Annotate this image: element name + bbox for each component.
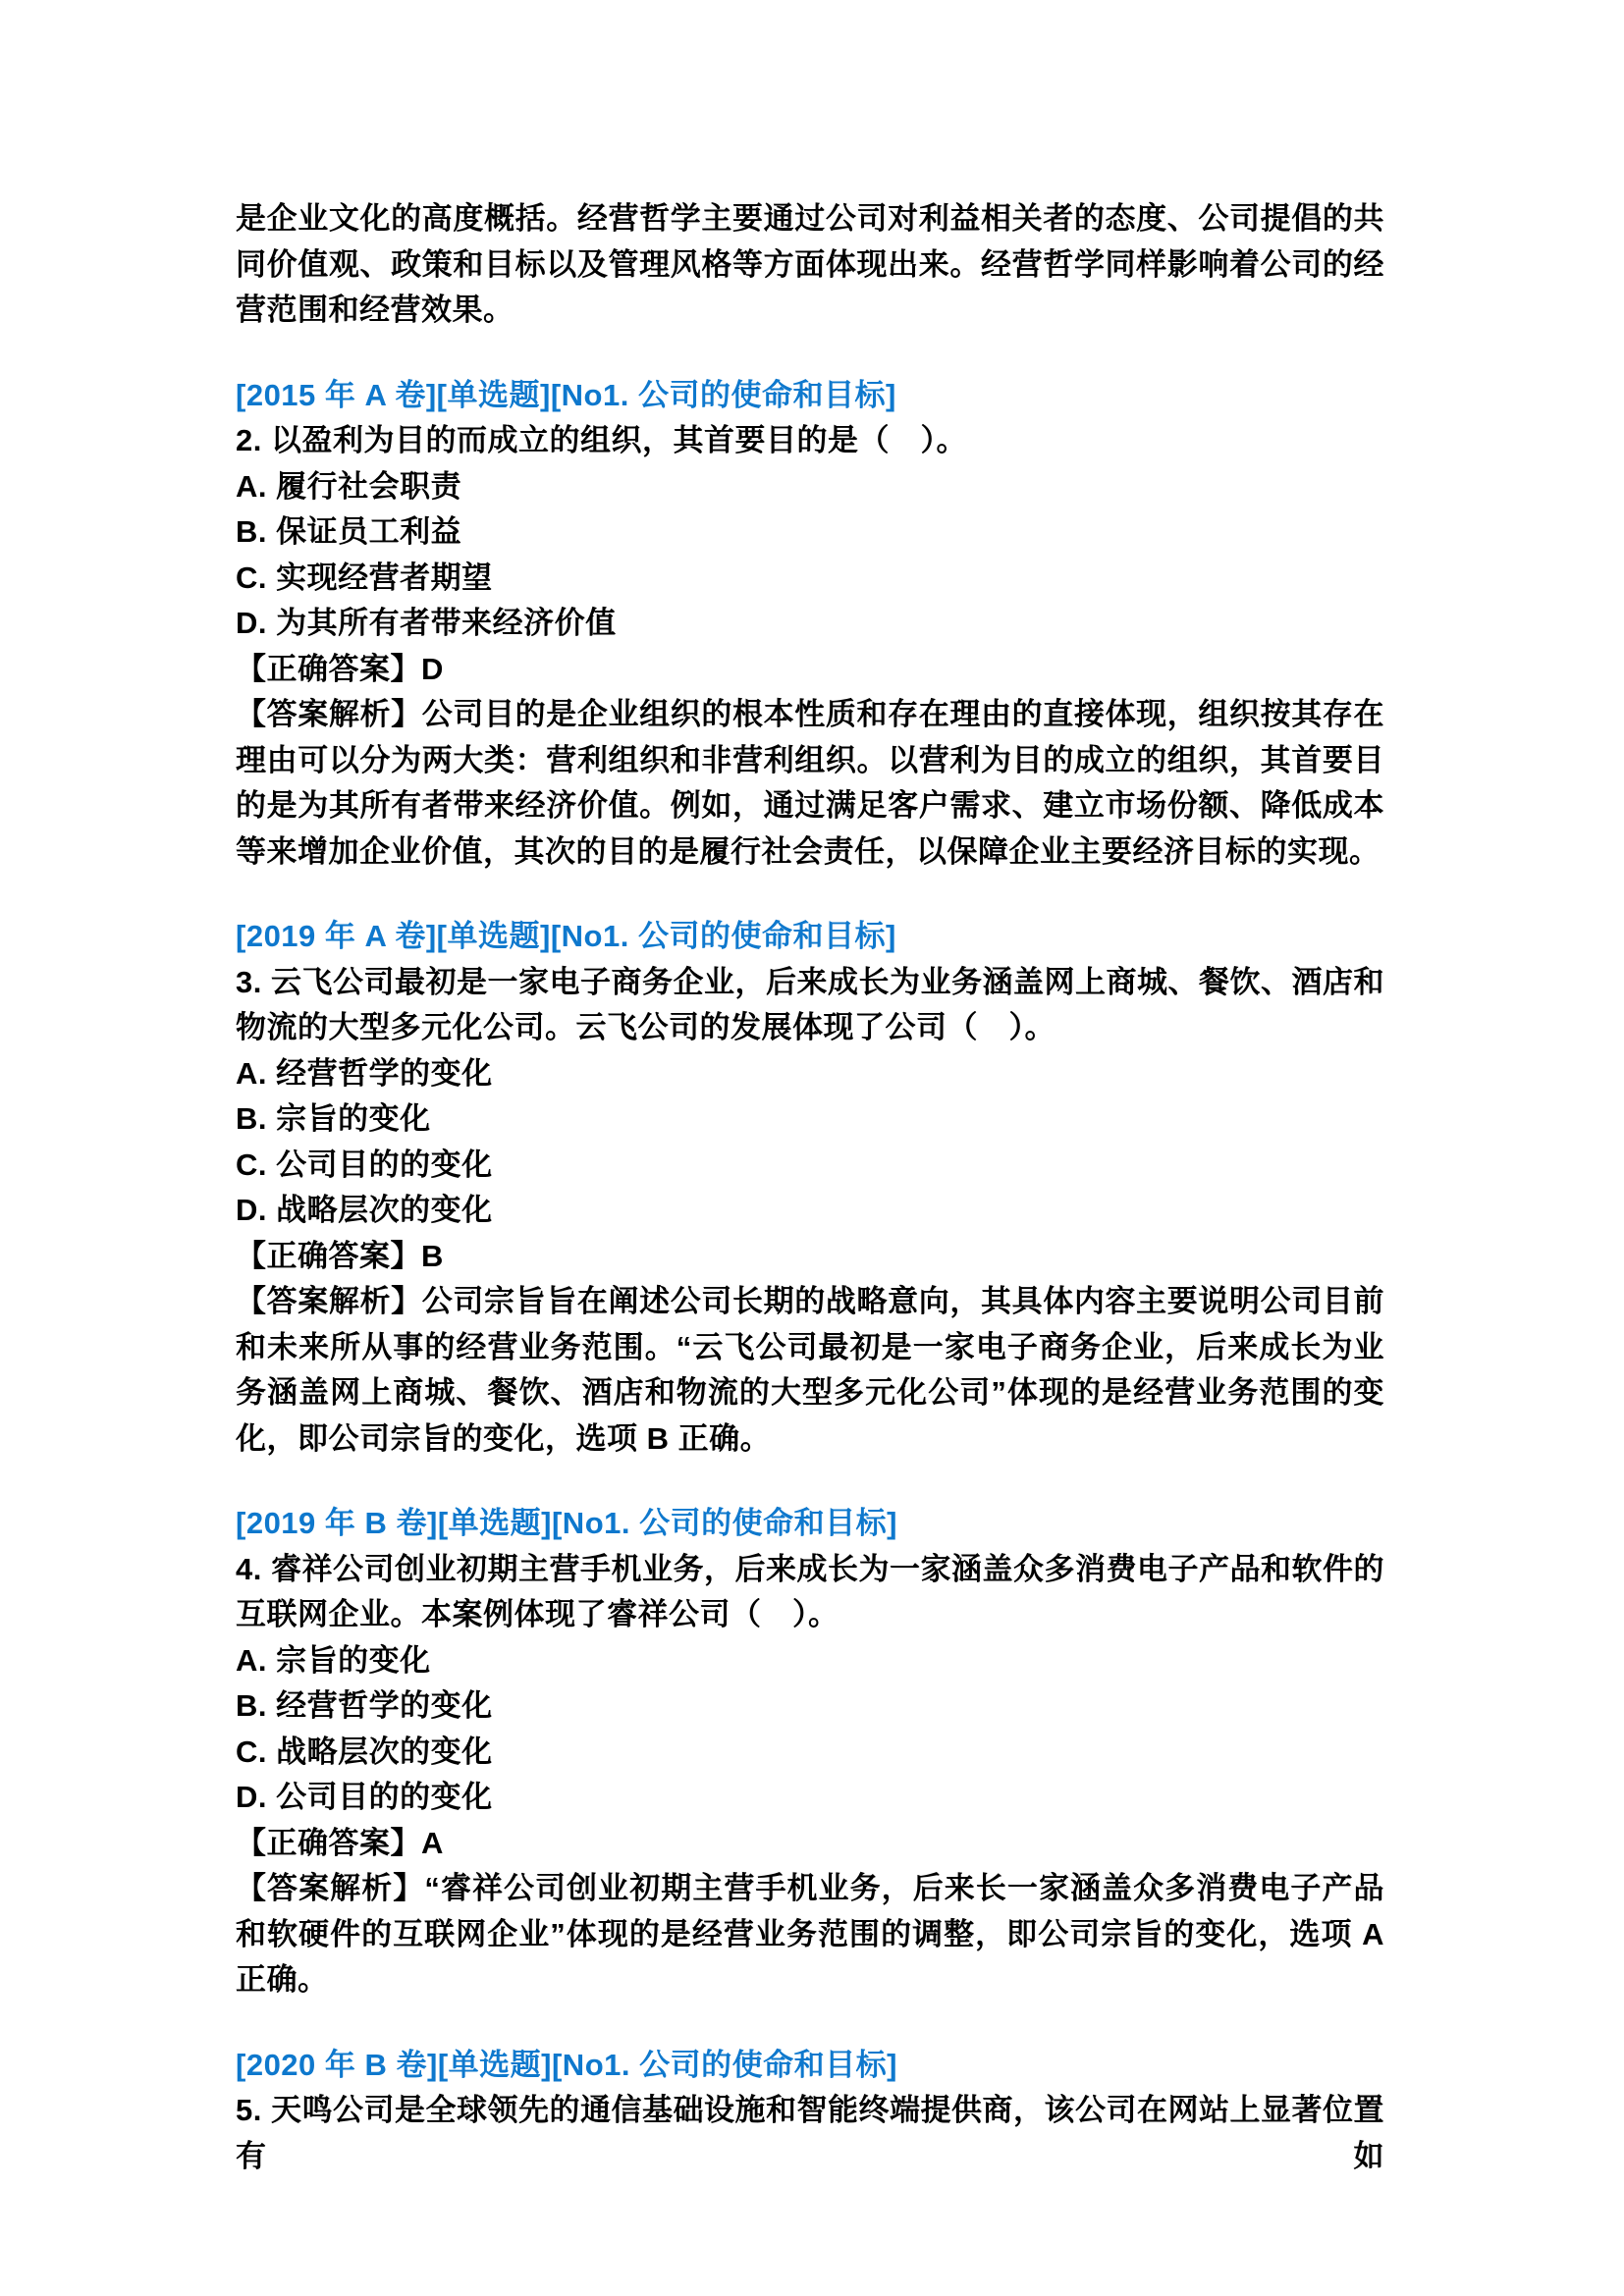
question-text: 4. 睿祥公司创业初期主营手机业务，后来成长为一家涵盖众多消费电子产品和软件的互…	[236, 1547, 1384, 1638]
question-block-2020-b: [2020 年 B 卷][单选题][No1. 公司的使命和目标] 5. 天鸣公司…	[236, 2043, 1384, 2180]
exam-tag-heading: [2015 年 A 卷][单选题][No1. 公司的使命和目标]	[236, 373, 1384, 419]
intro-paragraph: 是企业文化的高度概括。经营哲学主要通过公司对利益相关者的态度、公司提倡的共同价值…	[236, 196, 1384, 334]
correct-answer-line: 【正确答案】A	[236, 1821, 1384, 1867]
question-block-2015-a: [2015 年 A 卷][单选题][No1. 公司的使命和目标] 2. 以盈利为…	[236, 373, 1384, 876]
option-b: B. 经营哲学的变化	[236, 1683, 1384, 1730]
exam-tag-heading: [2020 年 B 卷][单选题][No1. 公司的使命和目标]	[236, 2043, 1384, 2089]
exam-tag-heading: [2019 年 B 卷][单选题][No1. 公司的使命和目标]	[236, 1501, 1384, 1547]
correct-answer-line: 【正确答案】D	[236, 647, 1384, 693]
question-block-2019-a: [2019 年 A 卷][单选题][No1. 公司的使命和目标] 3. 云飞公司…	[236, 914, 1384, 1462]
exam-tag-heading: [2019 年 A 卷][单选题][No1. 公司的使命和目标]	[236, 914, 1384, 960]
option-c: C. 实现经营者期望	[236, 556, 1384, 602]
answer-analysis: 【答案解析】“睿祥公司创业初期主营手机业务，后来长一家涵盖众多消费电子产品和软硬…	[236, 1866, 1384, 2003]
option-b: B. 宗旨的变化	[236, 1096, 1384, 1143]
option-a: A. 履行社会职责	[236, 464, 1384, 510]
option-b: B. 保证员工利益	[236, 509, 1384, 556]
answer-analysis: 【答案解析】公司宗旨旨在阐述公司长期的战略意向，其具体内容主要说明公司目前和未来…	[236, 1279, 1384, 1462]
question-text: 3. 云飞公司最初是一家电子商务企业，后来成长为业务涵盖网上商城、餐饮、酒店和物…	[236, 960, 1384, 1051]
option-c: C. 公司目的的变化	[236, 1143, 1384, 1189]
question-block-2019-b: [2019 年 B 卷][单选题][No1. 公司的使命和目标] 4. 睿祥公司…	[236, 1501, 1384, 2003]
option-a: A. 宗旨的变化	[236, 1638, 1384, 1684]
correct-answer-line: 【正确答案】B	[236, 1234, 1384, 1280]
question-text: 2. 以盈利为目的而成立的组织，其首要目的是（ ）。	[236, 418, 1384, 464]
answer-analysis: 【答案解析】公司目的是企业组织的根本性质和存在理由的直接体现，组织按其存在理由可…	[236, 692, 1384, 875]
option-d: D. 为其所有者带来经济价值	[236, 601, 1384, 647]
option-a: A. 经营哲学的变化	[236, 1051, 1384, 1097]
option-d: D. 公司目的的变化	[236, 1775, 1384, 1821]
option-c: C. 战略层次的变化	[236, 1730, 1384, 1776]
question-text: 5. 天鸣公司是全球领先的通信基础设施和智能终端提供商，该公司在网站上显著位置有…	[236, 2088, 1384, 2179]
option-d: D. 战略层次的变化	[236, 1188, 1384, 1234]
document-page: 是企业文化的高度概括。经营哲学主要通过公司对利益相关者的态度、公司提倡的共同价值…	[236, 196, 1384, 2179]
